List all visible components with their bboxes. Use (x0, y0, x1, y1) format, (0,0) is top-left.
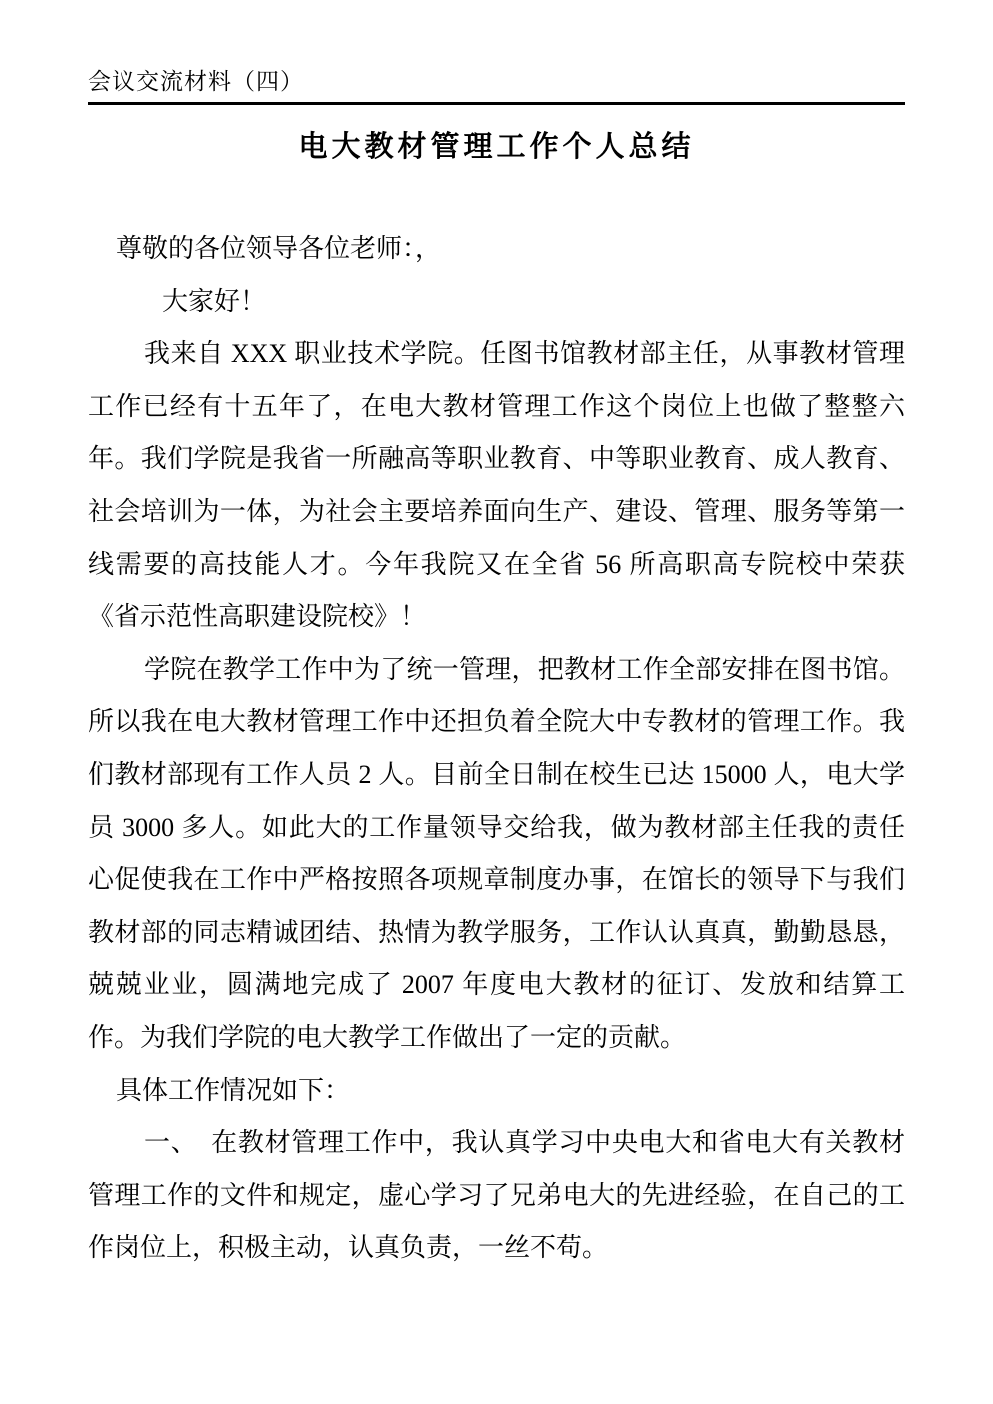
paragraph-item-one: 一、 在教材管理工作中，我认真学习中央电大和省电大有关教材管理工作的文件和规定，… (88, 1117, 905, 1275)
page-title: 电大教材管理工作个人总结 (88, 127, 905, 167)
paragraph-work-summary-leadin: 具体工作情况如下： (88, 1065, 905, 1118)
paragraph-greeting: 大家好！ (88, 276, 905, 329)
paragraph-introduction: 我来自 XXX 职业技术学院。任图书馆教材部主任，从事教材管理工作已经有十五年了… (88, 328, 905, 644)
header-label: 会议交流材料（四） (88, 69, 304, 94)
paragraph-salutation: 尊敬的各位领导各位老师：， (88, 223, 905, 276)
document-body: 尊敬的各位领导各位老师：， 大家好！ 我来自 XXX 职业技术学院。任图书馆教材… (88, 223, 905, 1275)
paragraph-responsibilities: 学院在教学工作中为了统一管理，把教材工作全部安排在图书馆。所以我在电大教材管理工… (88, 644, 905, 1065)
document-header: 会议交流材料（四） (88, 68, 905, 105)
document-page: 会议交流材料（四） 电大教材管理工作个人总结 尊敬的各位领导各位老师：， 大家好… (0, 0, 993, 1404)
